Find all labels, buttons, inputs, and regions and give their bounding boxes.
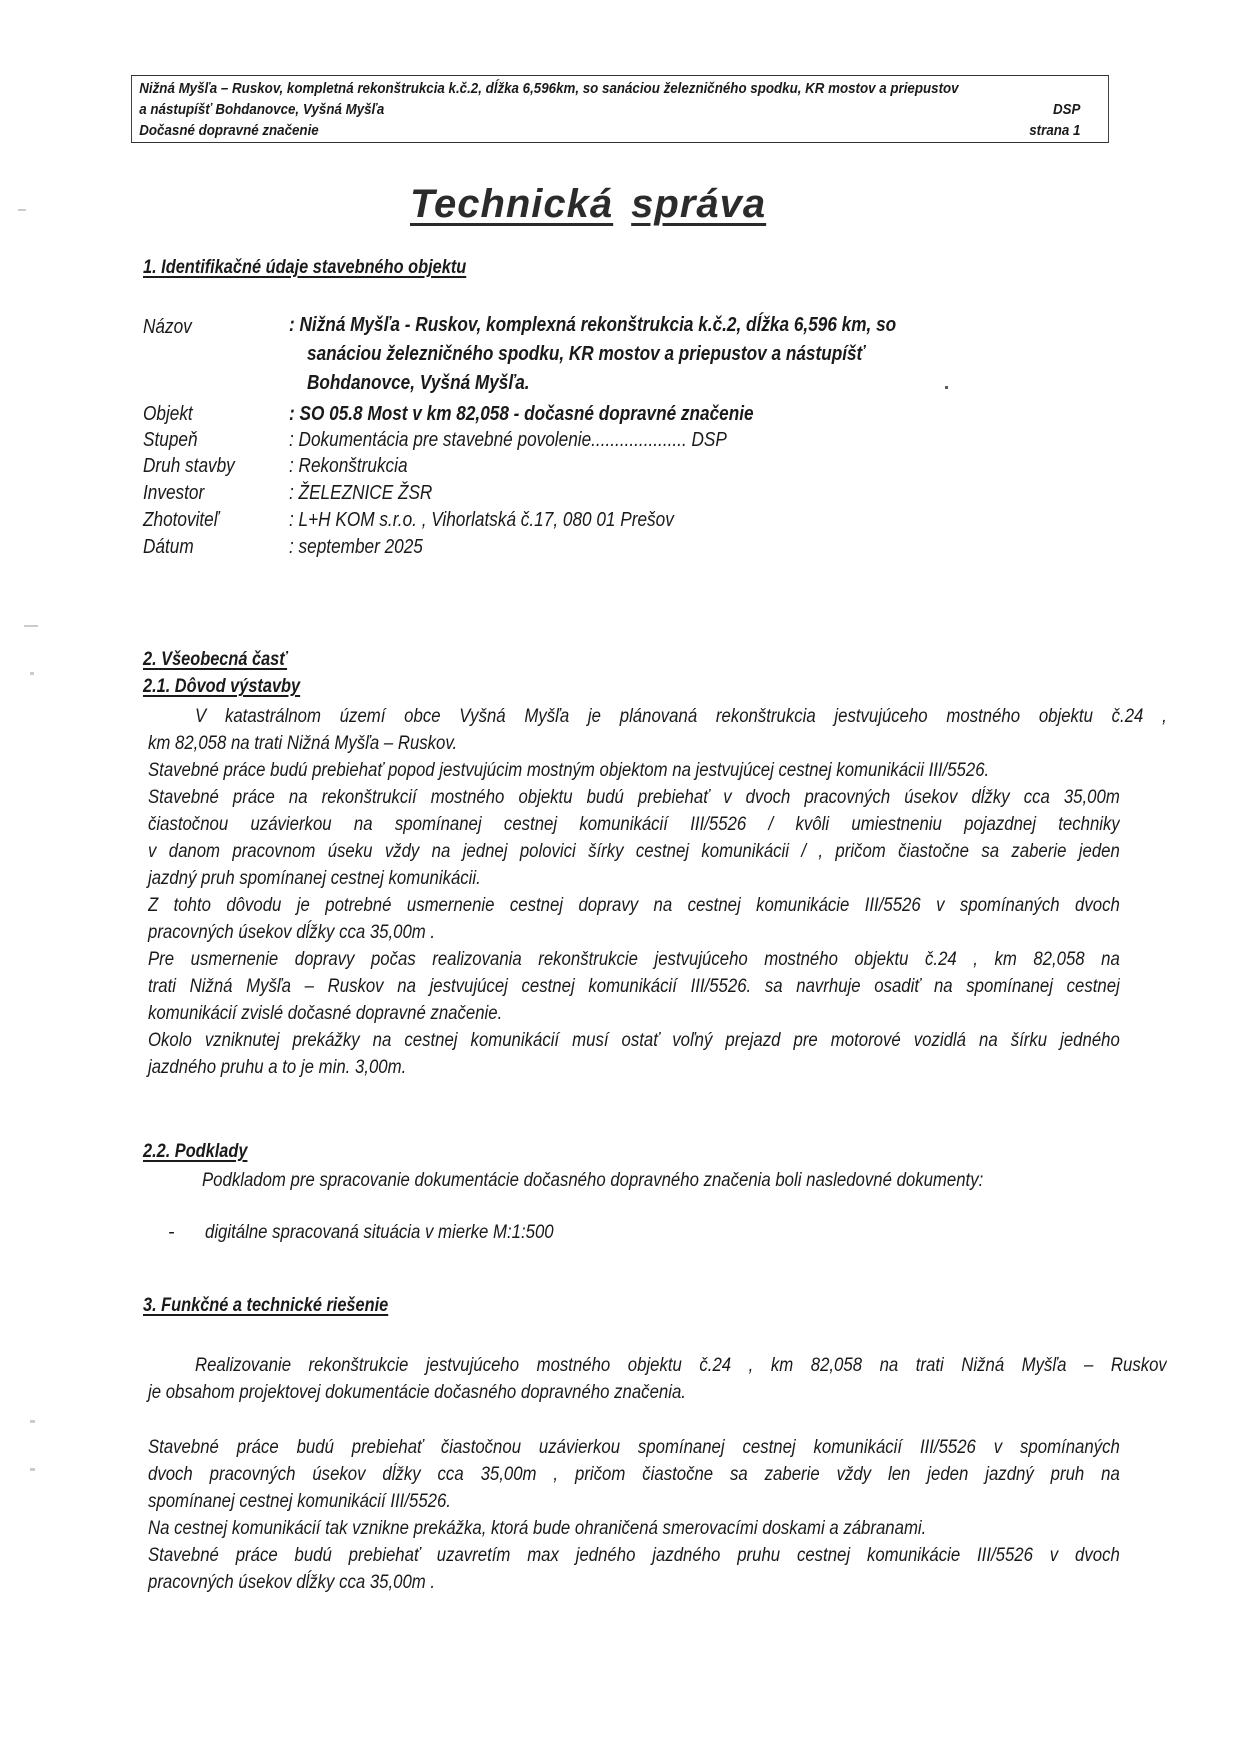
paragraph-line: Okolo vzniknutej prekážky na cestnej kom… xyxy=(148,1029,1120,1053)
paragraph-line: čiastočnou uzávierkou na spomínanej cest… xyxy=(148,813,1120,837)
field-value-nazov-2: sanáciou železničného spodku, KR mostov … xyxy=(307,343,865,366)
paragraph-line: jazdný pruh spomínanej cestnej komunikác… xyxy=(148,867,481,890)
title-word-1: Technická xyxy=(410,182,613,226)
field-value-zhotovitel: : L+H KOM s.r.o. , Vihorlatská č.17, 080… xyxy=(289,509,674,532)
field-value-investor: : ŽELEZNICE ŽSR xyxy=(289,482,432,505)
paragraph-line: je obsahom projektovej dokumentácie doča… xyxy=(148,1381,686,1404)
field-label-datum: Dátum xyxy=(143,536,194,559)
header-subject: Dočasné dopravné značenie xyxy=(139,121,318,142)
section-2-heading: 2. Všeobecná časť xyxy=(143,649,287,671)
header-project-title: Nižná Myšľa – Ruskov, kompletná rekonštr… xyxy=(139,79,958,100)
field-value-nazov-3: Bohdanovce, Vyšná Myšľa. xyxy=(307,372,530,395)
field-value-stupen: : Dokumentácia pre stavebné povolenie...… xyxy=(289,429,727,452)
title-word-2: správa xyxy=(631,182,766,226)
paragraph-line: v danom pracovnom úseku vždy na jednej p… xyxy=(148,840,1120,864)
section-2-2-heading: 2.2. Podklady xyxy=(143,1141,247,1163)
scan-artifact xyxy=(30,672,34,675)
paragraph-line: Realizovanie rekonštrukcie jestvujúceho … xyxy=(195,1354,1167,1378)
page-title: Technickáspráva xyxy=(410,182,766,227)
bullet-dash: - xyxy=(168,1221,175,1244)
scan-artifact xyxy=(18,209,26,211)
page-header-box: Nižná Myšľa – Ruskov, kompletná rekonštr… xyxy=(131,75,1109,143)
scan-artifact xyxy=(24,625,38,627)
section-2-1-heading: 2.1. Dôvod výstavby xyxy=(143,676,300,698)
paragraph-line: komunikácií zvislé dočasné dopravné znač… xyxy=(148,1002,502,1025)
paragraph-line: dvoch pracovných úsekov dĺžky cca 35,00m… xyxy=(148,1463,1120,1487)
scan-artifact xyxy=(945,386,948,389)
paragraph-line: Pre usmernenie dopravy počas realizovani… xyxy=(148,948,1120,972)
header-page-number: strana 1 xyxy=(1029,121,1100,142)
paragraph-line: Stavebné práce budú prebiehať čiastočnou… xyxy=(148,1436,1120,1460)
section-1-heading: 1. Identifikačné údaje stavebného objekt… xyxy=(143,257,466,279)
field-label-nazov: Názov xyxy=(143,316,192,339)
section-2-2-intro: Podkladom pre spracovanie dokumentácie d… xyxy=(202,1169,983,1192)
field-label-stupen: Stupeň xyxy=(143,429,198,452)
paragraph-line: trati Nižná Myšľa – Ruskov na jestvujúce… xyxy=(148,975,1120,999)
section-2-2-bullet-1: digitálne spracovaná situácia v mierke M… xyxy=(205,1221,554,1244)
document-page: Nižná Myšľa – Ruskov, kompletná rekonštr… xyxy=(0,0,1240,1754)
paragraph-line: km 82,058 na trati Nižná Myšľa – Ruskov. xyxy=(148,732,457,755)
header-project-title-cont: a nástupíšť Bohdanovce, Vyšná Myšľa xyxy=(139,100,384,121)
field-label-objekt: Objekt xyxy=(143,403,193,426)
field-label-zhotovitel: Zhotoviteľ xyxy=(143,509,219,532)
field-value-datum: : september 2025 xyxy=(289,536,423,559)
paragraph-line: pracovných úsekov dĺžky cca 35,00m . xyxy=(148,921,435,944)
field-label-druh-stavby: Druh stavby xyxy=(143,455,235,478)
paragraph-line: Stavebné práce na rekonštrukcií mostného… xyxy=(148,786,1120,810)
paragraph-line: Stavebné práce budú prebiehať uzavretím … xyxy=(148,1544,1120,1568)
paragraph-line: Na cestnej komunikácií tak vznikne preká… xyxy=(148,1517,926,1540)
header-stage: DSP xyxy=(1053,100,1101,121)
paragraph-line: spomínanej cestnej komunikácií III/5526. xyxy=(148,1490,451,1513)
field-label-investor: Investor xyxy=(143,482,204,505)
scan-artifact xyxy=(30,1420,35,1423)
paragraph-line: pracovných úsekov dĺžky cca 35,00m . xyxy=(148,1571,435,1594)
paragraph-line: Stavebné práce budú prebiehať popod jest… xyxy=(148,759,989,782)
field-value-nazov-1: : Nižná Myšľa - Ruskov, komplexná rekonš… xyxy=(289,314,896,337)
scan-artifact xyxy=(30,1468,35,1471)
field-value-objekt: : SO 05.8 Most v km 82,058 - dočasné dop… xyxy=(289,403,754,426)
paragraph-line: Z tohto dôvodu je potrebné usmernenie ce… xyxy=(148,894,1120,918)
section-3-heading: 3. Funkčné a technické riešenie xyxy=(143,1295,388,1317)
paragraph-line: V katastrálnom území obce Vyšná Myšľa je… xyxy=(195,705,1167,729)
field-value-druh-stavby: : Rekonštrukcia xyxy=(289,455,408,478)
paragraph-line: jazdného pruhu a to je min. 3,00m. xyxy=(148,1056,406,1079)
